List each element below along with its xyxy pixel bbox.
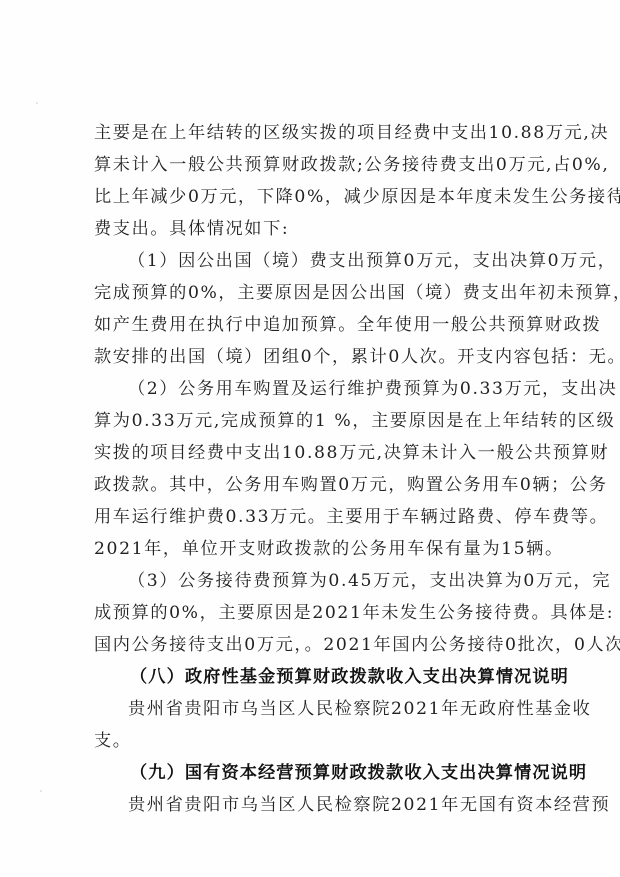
body-line: 成预算的0%，主要原因是2021年未发生公务接待费。具体是: <box>94 597 534 629</box>
scan-speck <box>36 102 38 104</box>
document-page: 主要是在上年结转的区级实拨的项目经费中支出10.88万元,决 算未计入一般公共预… <box>0 0 620 877</box>
section-heading-8: （八）政府性基金预算财政拨款收入支出决算情况说明 <box>130 661 570 693</box>
body-line: 支。 <box>94 725 534 757</box>
body-line: 贵州省贵阳市乌当区人民检察院2021年无国有资本经营预 <box>128 789 536 821</box>
body-line: 款安排的出国（境）团组0个，累计0人次。开支内容包括：无。 <box>94 341 534 373</box>
section-heading-9: （九）国有资本经营预算财政拨款收入支出决算情况说明 <box>130 757 570 789</box>
body-line: 2021年，单位开支财政拨款的公务用车保有量为15辆。 <box>94 533 534 565</box>
body-line: 算未计入一般公共预算财政拨款;公务接待费支出0万元,占0%, <box>94 149 534 181</box>
scan-speck <box>40 790 42 792</box>
body-line: 完成预算的0%，主要原因是因公出国（境）费支出年初未预算， <box>94 277 534 309</box>
paragraph-item-1: （1）因公出国（境）费支出预算0万元，支出决算0万元， <box>128 245 536 277</box>
paragraph-item-3: （3）公务接待费预算为0.45万元，支出决算为0万元，完 <box>128 565 536 597</box>
body-line: 如产生费用在执行中追加预算。全年使用一般公共预算财政拨 <box>94 309 534 341</box>
body-line: 实拨的项目经费中支出10.88万元,决算未计入一般公共预算财 <box>94 437 534 469</box>
body-line: 算为0.33万元,完成预算的1 %，主要原因是在上年结转的区级 <box>94 405 534 437</box>
body-line: 政拨款。其中，公务用车购置0万元，购置公务用车0辆；公务 <box>94 469 534 501</box>
body-line: 贵州省贵阳市乌当区人民检察院2021年无政府性基金收 <box>128 693 536 725</box>
body-line: 用车运行维护费0.33万元。主要用于车辆过路费、停车费等。 <box>94 501 534 533</box>
body-line: 国内公务接待支出0万元，。2021年国内公务接待0批次，0人次。 <box>94 629 534 661</box>
body-line: 主要是在上年结转的区级实拨的项目经费中支出10.88万元,决 <box>94 117 534 149</box>
body-line: 费支出。具体情况如下: <box>94 213 534 245</box>
body-line: 比上年减少0万元，下降0%，减少原因是本年度未发生公务接待 <box>94 181 534 213</box>
paragraph-item-2: （2）公务用车购置及运行维护费预算为0.33万元，支出决 <box>128 373 536 405</box>
